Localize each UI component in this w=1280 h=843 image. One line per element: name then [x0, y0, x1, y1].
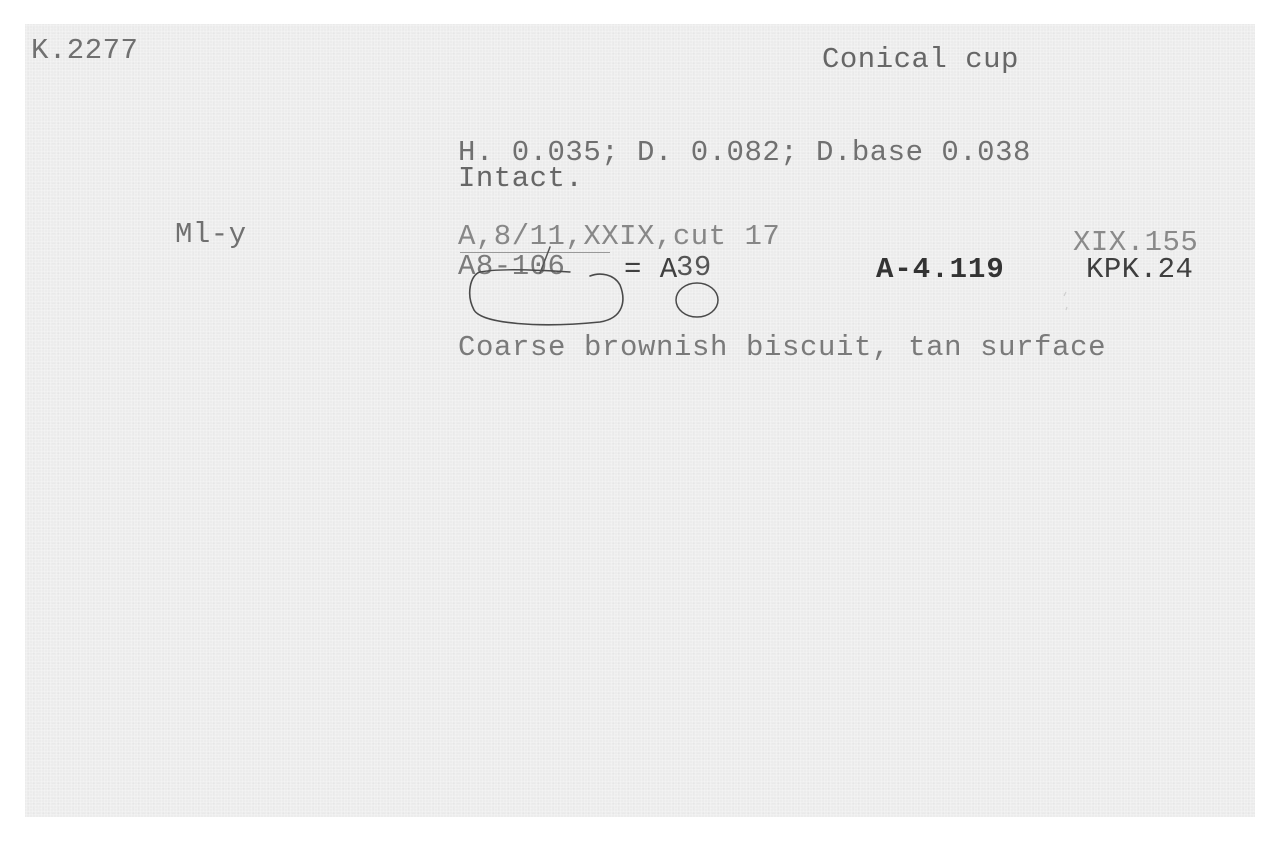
inventory-reference-circled: A8-106 [458, 252, 565, 282]
fabric-description: Coarse brownish biscuit, tan surface [458, 333, 1106, 363]
object-title: Conical cup [822, 45, 1019, 75]
shape-code: Ml-y [175, 220, 247, 250]
catalogue-reference: A-4.119 [876, 255, 1005, 285]
find-location: A,8/11,XXIX,cut 17 [458, 222, 780, 252]
equals-label: = A [624, 255, 678, 285]
kpk-reference: KPK.24 [1086, 255, 1193, 285]
condition: Intact. [458, 164, 583, 194]
circled-number: 39 [676, 253, 712, 283]
accession-number: K.2277 [31, 36, 138, 66]
